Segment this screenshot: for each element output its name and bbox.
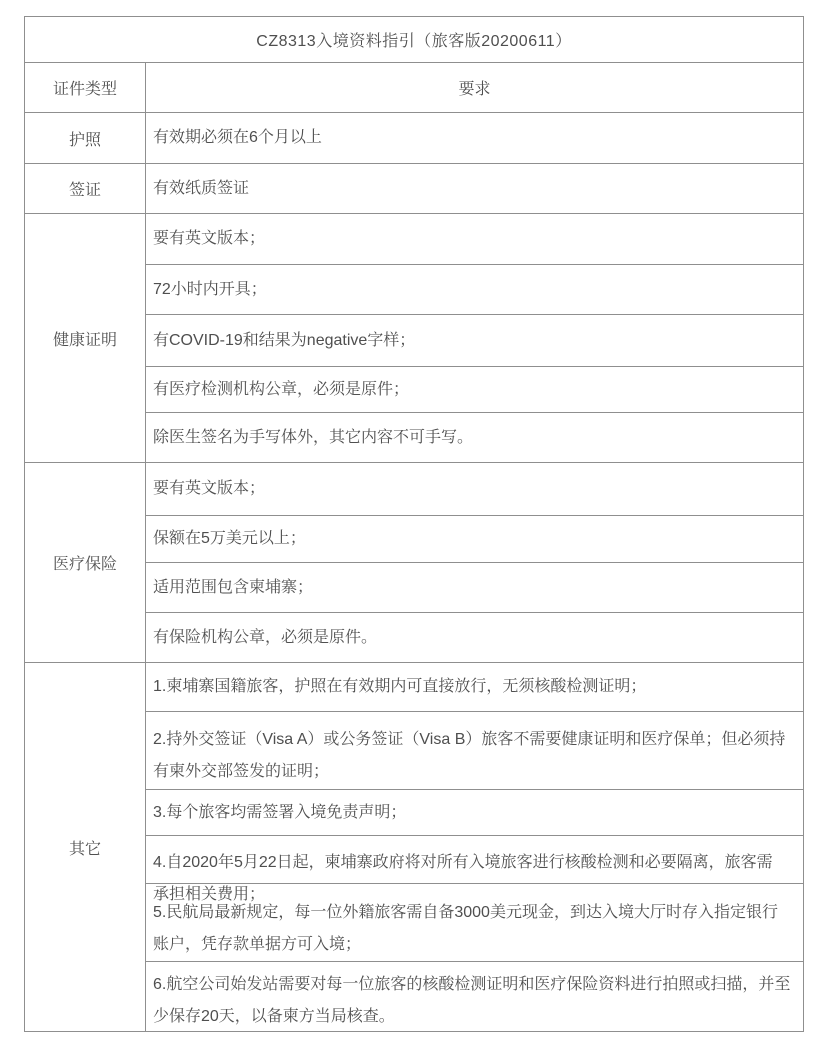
section-label-passport: 护照 <box>25 113 146 163</box>
requirement-text: 有效期必须在6个月以上 <box>146 122 328 154</box>
section-items-other: 1.柬埔寨国籍旅客，护照在有效期内可直接放行，无须核酸检测证明； 2.持外交签证… <box>146 663 803 1031</box>
section-items-visa: 有效纸质签证 <box>146 164 803 213</box>
section-visa: 签证 有效纸质签证 <box>25 164 803 214</box>
requirement-text: 要有英文版本； <box>146 473 271 505</box>
section-items-medical-insurance: 要有英文版本； 保额在5万美元以上； 适用范围包含柬埔寨； 有保险机构公章，必须… <box>146 463 803 662</box>
section-items-health-certificate: 要有英文版本； 72小时内开具； 有COVID-19和结果为negative字样… <box>146 214 803 462</box>
section-label-other: 其它 <box>25 663 146 1031</box>
requirement-item: 1.柬埔寨国籍旅客，护照在有效期内可直接放行，无须核酸检测证明； <box>146 663 803 711</box>
requirement-text: 要有英文版本； <box>146 223 271 255</box>
requirement-text: 3.每个旅客均需签署入境免责声明； <box>146 797 412 829</box>
requirement-text: 有医疗检测机构公章，必须是原件； <box>146 374 415 406</box>
requirement-item: 3.每个旅客均需签署入境免责声明； <box>146 789 803 835</box>
requirement-item: 2.持外交签证（Visa A）或公务签证（Visa B）旅客不需要健康证明和医疗… <box>146 711 803 789</box>
requirement-item: 6.航空公司始发站需要对每一位旅客的核酸检测证明和医疗保险资料进行拍照或扫描，并… <box>146 961 803 1031</box>
requirement-text: 72小时内开具； <box>146 274 273 306</box>
requirement-text: 1.柬埔寨国籍旅客，护照在有效期内可直接放行，无须核酸检测证明； <box>146 671 652 703</box>
requirement-item: 4.自2020年5月22日起，柬埔寨政府将对所有入境旅客进行核酸检测和必要隔离，… <box>146 835 803 883</box>
requirement-item: 要有英文版本； <box>146 463 803 515</box>
requirement-text: 有COVID-19和结果为negative字样； <box>146 325 421 357</box>
section-label-visa: 签证 <box>25 164 146 213</box>
requirement-item: 有保险机构公章，必须是原件。 <box>146 612 803 662</box>
section-passport: 护照 有效期必须在6个月以上 <box>25 113 803 164</box>
requirement-item: 5.民航局最新规定，每一位外籍旅客需自备3000美元现金，到达入境大厅时存入指定… <box>146 883 803 961</box>
section-items-passport: 有效期必须在6个月以上 <box>146 113 803 163</box>
document-canvas: CZ8313入境资料指引（旅客版20200611） 证件类型 要求 护照 有效期… <box>0 0 828 1044</box>
requirement-item: 72小时内开具； <box>146 264 803 314</box>
entry-requirements-table: CZ8313入境资料指引（旅客版20200611） 证件类型 要求 护照 有效期… <box>24 16 804 1032</box>
requirement-item: 要有英文版本； <box>146 214 803 264</box>
requirement-text: 2.持外交签证（Visa A）或公务签证（Visa B）旅客不需要健康证明和医疗… <box>146 712 803 788</box>
requirement-text: 保额在5万美元以上； <box>146 523 312 555</box>
section-health-certificate: 健康证明 要有英文版本； 72小时内开具； 有COVID-19和结果为negat… <box>25 214 803 463</box>
section-medical-insurance: 医疗保险 要有英文版本； 保额在5万美元以上； 适用范围包含柬埔寨； 有保险机构… <box>25 463 803 663</box>
requirement-item: 保额在5万美元以上； <box>146 515 803 562</box>
header-cell-document-type: 证件类型 <box>25 63 146 112</box>
section-label-medical-insurance: 医疗保险 <box>25 463 146 662</box>
table-title: CZ8313入境资料指引（旅客版20200611） <box>25 17 803 63</box>
requirement-text: 有保险机构公章，必须是原件。 <box>146 622 383 654</box>
requirement-item: 有效期必须在6个月以上 <box>146 113 803 163</box>
header-cell-requirement: 要求 <box>146 63 803 112</box>
requirement-item: 有医疗检测机构公章，必须是原件； <box>146 366 803 412</box>
requirement-text: 5.民航局最新规定，每一位外籍旅客需自备3000美元现金，到达入境大厅时存入指定… <box>146 884 803 961</box>
section-other: 其它 1.柬埔寨国籍旅客，护照在有效期内可直接放行，无须核酸检测证明； 2.持外… <box>25 663 803 1031</box>
requirement-text: 除医生签名为手写体外，其它内容不可手写。 <box>146 422 479 454</box>
requirement-item: 有COVID-19和结果为negative字样； <box>146 314 803 366</box>
requirement-text: 适用范围包含柬埔寨； <box>146 572 319 604</box>
requirement-text: 有效纸质签证 <box>146 173 255 205</box>
requirement-item: 适用范围包含柬埔寨； <box>146 562 803 612</box>
requirement-item: 除医生签名为手写体外，其它内容不可手写。 <box>146 412 803 462</box>
table-header-row: 证件类型 要求 <box>25 63 803 113</box>
section-label-health-certificate: 健康证明 <box>25 214 146 462</box>
requirement-item: 有效纸质签证 <box>146 164 803 213</box>
requirement-text: 6.航空公司始发站需要对每一位旅客的核酸检测证明和医疗保险资料进行拍照或扫描，并… <box>146 962 803 1033</box>
